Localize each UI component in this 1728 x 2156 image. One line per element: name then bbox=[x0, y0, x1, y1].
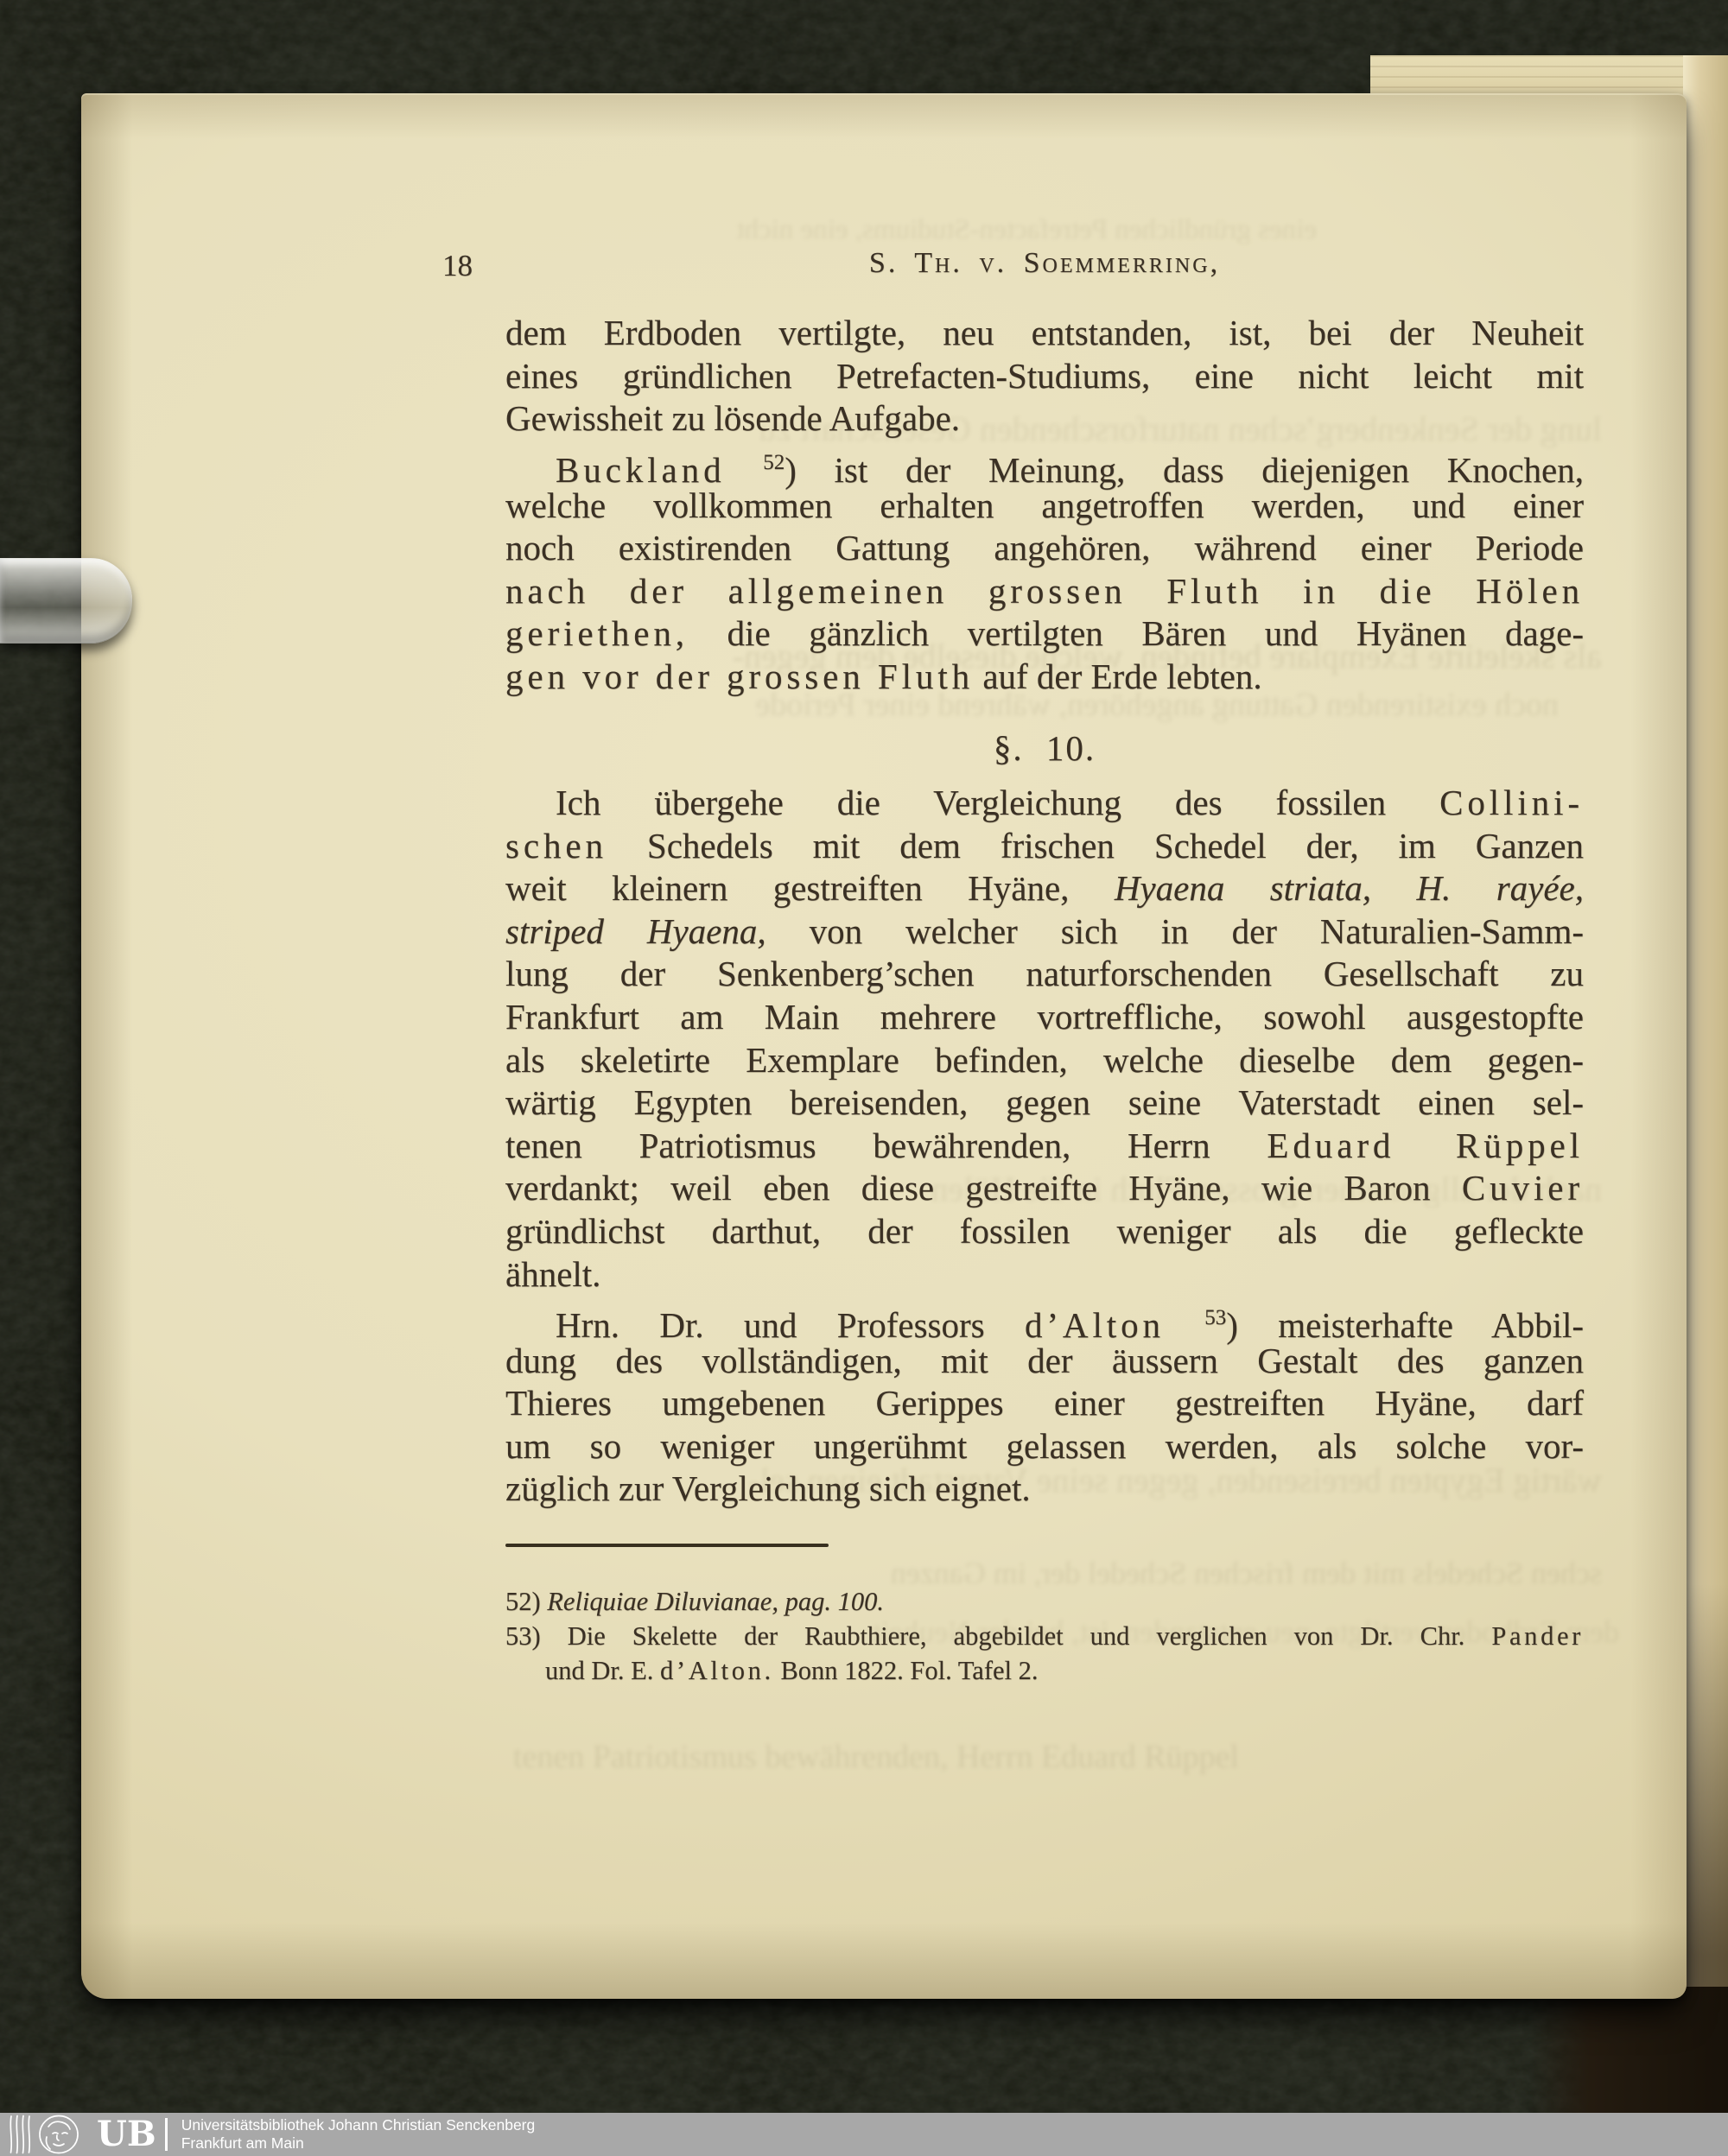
text-line: weit kleinern gestreiften Hyäne, Hyaena … bbox=[505, 867, 1584, 910]
text-line: gründlichst darthut, der fossilen wenige… bbox=[505, 1210, 1584, 1253]
page-stack-gutter-edge bbox=[1683, 55, 1728, 2014]
library-identity: Universitätsbibliothek Johann Christian … bbox=[181, 2116, 536, 2153]
page-holder-strip bbox=[0, 558, 132, 644]
library-footer-bar: UB Universitätsbibliothek Johann Christi… bbox=[0, 2113, 1728, 2156]
book-scan-scene: eines gründlichen Petrefacten-Studiums, … bbox=[0, 0, 1728, 2156]
show-through-text: nach der allgemeinen grossen Fluth in di… bbox=[530, 1169, 1602, 1209]
show-through-text: lung der Senkenberg’schen naturforschend… bbox=[530, 409, 1602, 449]
text-line: als skeletirte Exemplare befinden, welch… bbox=[505, 1039, 1584, 1082]
show-through-text: wärtig Egypten bereisenden, gegen seine … bbox=[530, 1460, 1602, 1500]
text-line: eines gründlichen Petrefacten-Studiums, … bbox=[505, 355, 1584, 398]
show-through-text: schen Schedels mit dem frischen Schedel … bbox=[617, 1555, 1602, 1591]
show-through-text: als skeletirte Exemplare befinden, welch… bbox=[530, 636, 1602, 676]
text-line: welche vollkommen erhalten angetroffen w… bbox=[505, 485, 1584, 528]
text-line: noch existirenden Gattung angehören, wäh… bbox=[505, 527, 1584, 570]
text-line: und Dr. E. d’Alton. Bonn 1822. Fol. Tafe… bbox=[505, 1653, 1584, 1688]
text-line: nach der allgemeinen grossen Fluth in di… bbox=[505, 570, 1584, 613]
ub-logo-text: UB bbox=[97, 2115, 156, 2153]
text-line: tenen Patriotismus bewährenden, Herrn Ed… bbox=[505, 1125, 1584, 1168]
show-through-text: dem Erdboden vertilgte, neu entstanden, … bbox=[548, 1614, 1619, 1650]
library-name: Universitätsbibliothek Johann Christian … bbox=[181, 2116, 536, 2134]
text-line: ähnelt. bbox=[505, 1253, 1584, 1297]
text-line: dem Erdboden vertilgte, neu entstanden, … bbox=[505, 312, 1584, 355]
library-city: Frankfurt am Main bbox=[181, 2134, 536, 2153]
text-line: schen Schedels mit dem frischen Schedel … bbox=[505, 825, 1584, 868]
page-number: 18 bbox=[442, 249, 473, 283]
ub-logo-icon bbox=[5, 2115, 95, 2154]
text-line: lung der Senkenberg’schen naturforschend… bbox=[505, 953, 1584, 996]
text-line: Thieres umgebenen Gerippes einer gestrei… bbox=[505, 1382, 1584, 1425]
show-through-text: tenen Patriotismus bewährenden, Herrn Ed… bbox=[513, 1738, 1645, 1776]
book-page: eines gründlichen Petrefacten-Studiums, … bbox=[81, 93, 1687, 1999]
footnote-separator-rule bbox=[505, 1544, 829, 1547]
book-cover-edge bbox=[1531, 1987, 1728, 2116]
text-line: wärtig Egypten bereisenden, gegen seine … bbox=[505, 1081, 1584, 1125]
logo-divider bbox=[165, 2118, 168, 2151]
section-heading: §. 10. bbox=[505, 727, 1584, 769]
running-header: S. Th. v. Soemmerring, bbox=[505, 247, 1584, 280]
text-line: Ich übergehe die Vergleichung des fossil… bbox=[505, 782, 1584, 825]
show-through-text: noch existirenden Gattung angehören, wäh… bbox=[565, 686, 1559, 724]
paragraph: Ich übergehe die Vergleichung des fossil… bbox=[505, 782, 1584, 1296]
text-line: Hrn. Dr. und Professors d’Alton 53) meis… bbox=[505, 1297, 1584, 1340]
text-line: dung des vollständigen, mit der äussern … bbox=[505, 1340, 1584, 1383]
text-line: striped Hyaena, von welcher sich in der … bbox=[505, 910, 1584, 954]
facing-pages-top-edge bbox=[1370, 55, 1728, 98]
show-through-text: eines gründlichen Petrefacten-Studiums, … bbox=[729, 214, 1317, 246]
text-line: Frankfurt am Main mehrere vortreffliche,… bbox=[505, 996, 1584, 1039]
